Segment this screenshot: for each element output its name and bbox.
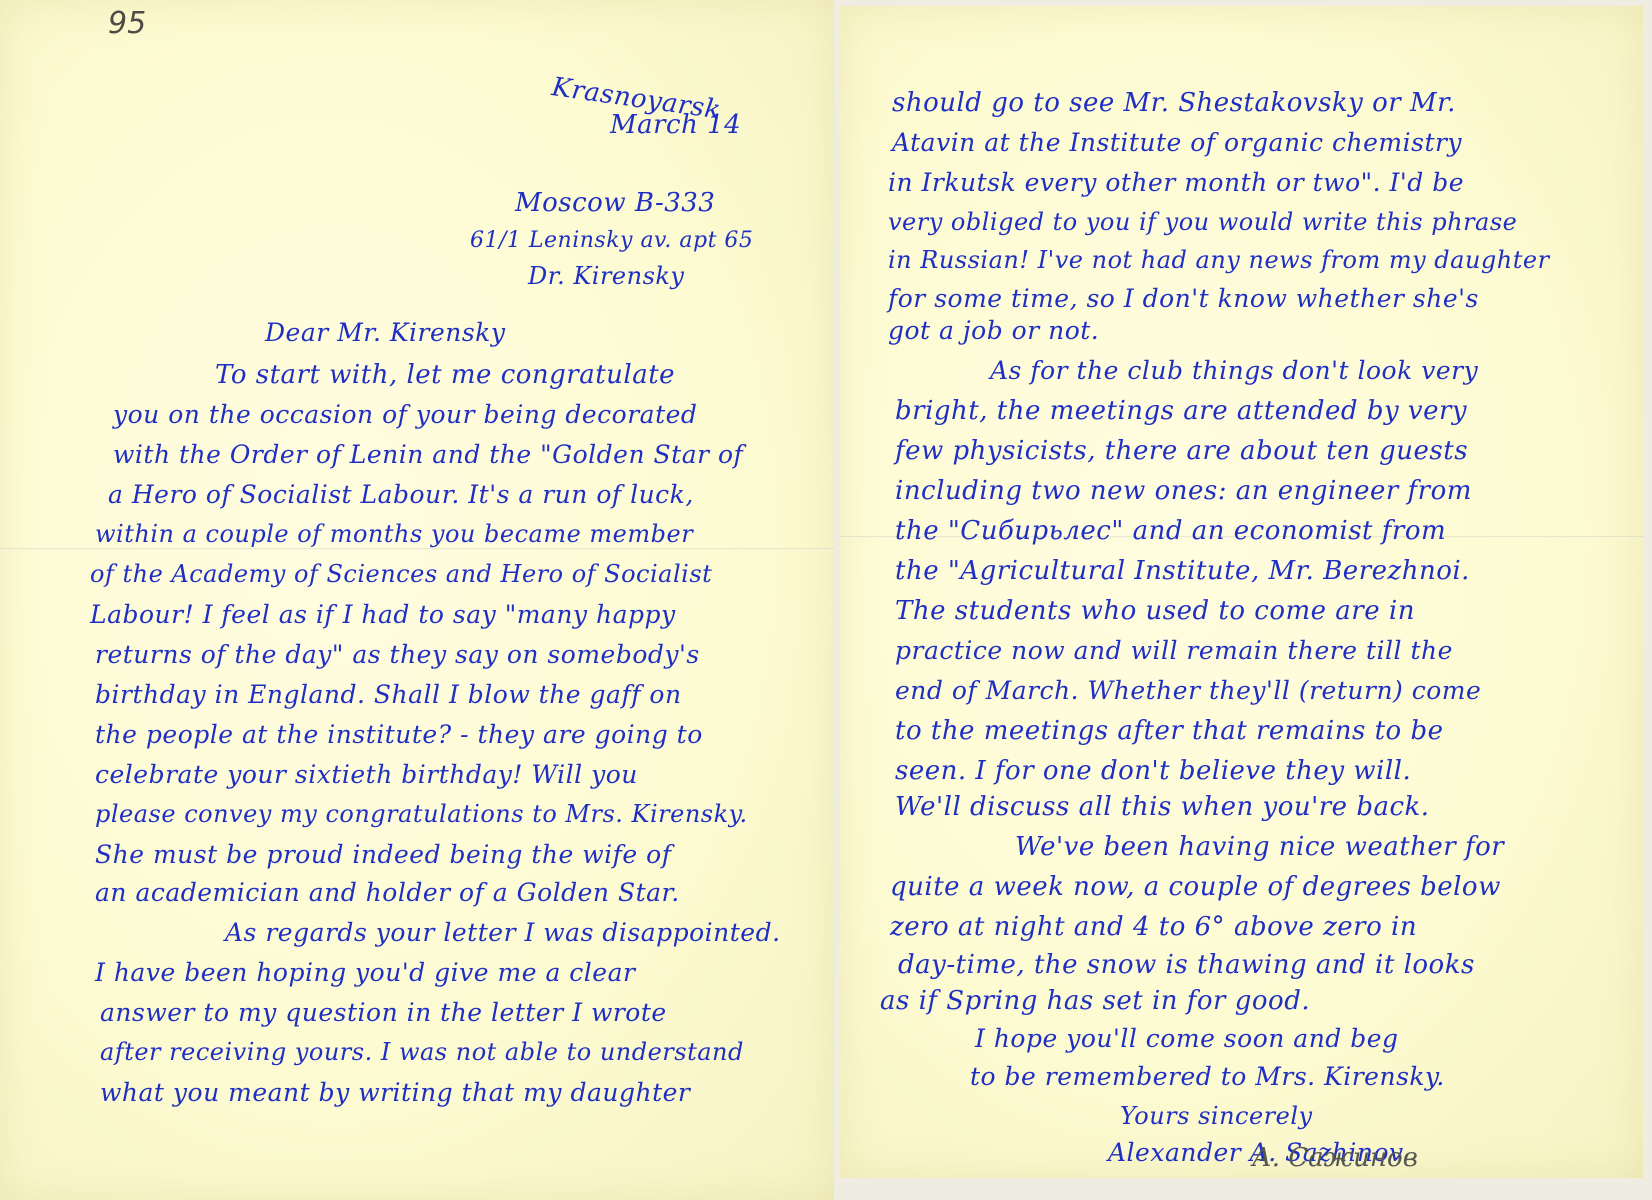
body-line: very obliged to you if you would write t… [888, 208, 1517, 236]
body-line: birthday in England. Shall I blow the ga… [95, 680, 682, 709]
body-line: in Irkutsk every other month or two". I'… [888, 168, 1464, 197]
body-line: within a couple of months you became mem… [95, 520, 693, 548]
body-line: To start with, let me congratulate [215, 360, 675, 390]
body-line: an academician and holder of a Golden St… [95, 878, 680, 907]
body-line: returns of the day" as they say on someb… [95, 640, 700, 669]
body-line: with the Order of Lenin and the "Golden … [113, 440, 743, 469]
letter-page-1: 95 Krasnoyarsk March 14 Moscow B-333 61/… [0, 0, 834, 1200]
body-line: zero at night and 4 to 6° above zero in [890, 912, 1417, 942]
body-line: to be remembered to Mrs. Kirensky. [970, 1062, 1445, 1091]
body-line: end of March. Whether they'll (return) c… [895, 676, 1481, 705]
body-line: celebrate your sixtieth birthday! Will y… [95, 760, 638, 789]
body-line: what you meant by writing that my daught… [100, 1078, 690, 1107]
body-line: Atavin at the Institute of organic chemi… [892, 128, 1462, 157]
body-line: As regards your letter I was disappointe… [225, 918, 781, 947]
body-line: the "Сибирьлес" and an economist from [895, 516, 1446, 546]
body-line: the "Agricultural Institute, Mr. Berezhn… [895, 556, 1470, 586]
address-line-1: Moscow B-333 [515, 188, 715, 218]
body-line: in Russian! I've not had any news from m… [888, 246, 1550, 274]
body-line: for some time, so I don't know whether s… [888, 284, 1479, 313]
body-line: We've been having nice weather for [1015, 832, 1504, 862]
address-line-2: 61/1 Leninsky av. apt 65 [470, 228, 753, 253]
body-line: She must be proud indeed being the wife … [95, 840, 671, 869]
body-line: quite a week now, a couple of degrees be… [890, 872, 1501, 902]
salutation: Dear Mr. Kirensky [265, 318, 505, 347]
body-line: seen. I for one don't believe they will. [895, 756, 1411, 786]
body-line: should go to see Mr. Shestakovsky or Mr. [892, 88, 1456, 118]
body-line: after receiving yours. I was not able to… [100, 1038, 744, 1066]
closing: Yours sincerely [1120, 1102, 1313, 1130]
header-date: March 14 [610, 110, 741, 140]
address-line-3: Dr. Kirensky [528, 262, 685, 290]
body-line: answer to my question in the letter I wr… [100, 998, 667, 1027]
body-line: to the meetings after that remains to be [895, 716, 1444, 746]
body-line: I hope you'll come soon and beg [975, 1024, 1399, 1053]
body-line: practice now and will remain there till … [895, 636, 1453, 665]
archive-number: 95 [108, 6, 146, 41]
body-line: We'll discuss all this when you're back. [895, 792, 1430, 822]
body-line: bright, the meetings are attended by ver… [895, 396, 1467, 426]
body-line: got a job or not. [888, 316, 1099, 345]
body-line: As for the club things don't look very [990, 356, 1478, 385]
letter-page-2: should go to see Mr. Shestakovsky or Mr.… [840, 6, 1643, 1178]
body-line: you on the occasion of your being decora… [113, 400, 697, 429]
body-line: the people at the institute? - they are … [95, 720, 703, 749]
body-line: please convey my congratulations to Mrs.… [95, 800, 748, 828]
body-line: as if Spring has set in for good. [880, 986, 1310, 1016]
body-line: I have been hoping you'd give me a clear [95, 958, 635, 987]
body-line: including two new ones: an engineer from [895, 476, 1472, 506]
paper-fold-line [0, 548, 834, 550]
body-line: a Hero of Socialist Labour. It's a run o… [108, 480, 694, 509]
body-line: of the Academy of Sciences and Hero of S… [90, 560, 712, 588]
body-line: day-time, the snow is thawing and it loo… [898, 950, 1475, 980]
body-line: Labour! I feel as if I had to say "many … [90, 600, 676, 629]
body-line: few physicists, there are about ten gues… [895, 436, 1468, 466]
body-line: The students who used to come are in [895, 596, 1415, 626]
signature-russian: А. Сажинов [1252, 1143, 1418, 1173]
